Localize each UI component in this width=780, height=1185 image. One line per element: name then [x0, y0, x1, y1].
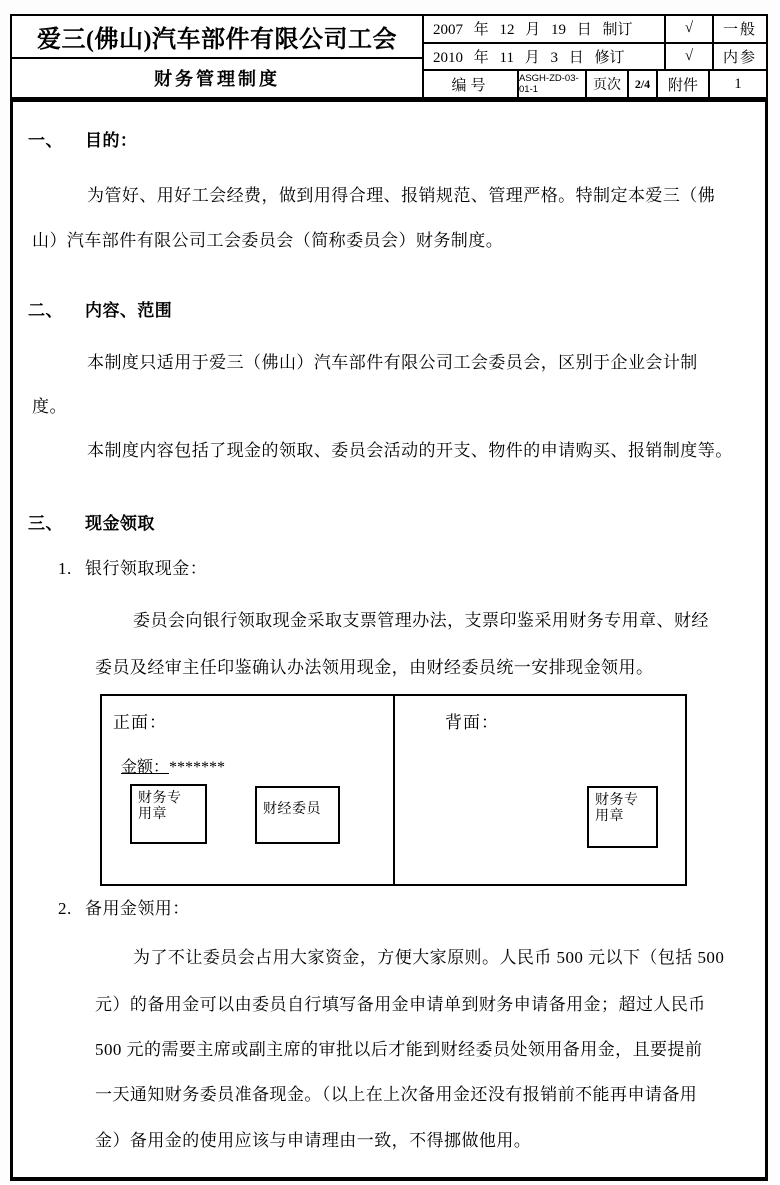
- section-1-title: 目的：: [85, 129, 137, 153]
- section-1-number: 一、: [28, 129, 63, 153]
- paragraph-line: 一天通知财务委员准备现金。（以上在上次备用金还没有报销前不能再申请备用: [95, 1083, 697, 1107]
- stamp-text: 财务专: [595, 793, 650, 809]
- section-2-title: 内容、范围: [85, 299, 172, 323]
- header-right-column: 2007 年 12 月 19 日 制订 √ 一般 2010 年 11 月 3 日…: [424, 16, 766, 97]
- paragraph-line: 度。: [32, 395, 67, 419]
- paragraph-line: 本制度只适用于爱三（佛山）汽车部件有限公司工会委员会，区别于企业会计制: [87, 351, 698, 375]
- created-date: 2007 年 12 月 19 日 制订: [424, 16, 666, 42]
- revised-date: 2010 年 11 月 3 日 修订: [424, 44, 666, 70]
- paragraph-line: 为管好、用好工会经费，做到用得合理、报销规范、管理严格。特制定本爱三（佛: [87, 184, 715, 208]
- created-checkmark: √: [666, 16, 714, 42]
- document-body: 一、 目的： 为管好、用好工会经费，做到用得合理、报销规范、管理严格。特制定本爱…: [10, 98, 768, 1181]
- paragraph-line: 山）汽车部件有限公司工会委员会（简称委员会）财务制度。: [32, 229, 503, 253]
- item-1-number: 1.: [58, 557, 72, 581]
- item-2-number: 2.: [58, 897, 72, 921]
- amount-label: 金额：: [121, 759, 169, 776]
- paragraph-line: 本制度内容包括了现金的领取、委员会活动的开支、物件的申请购买、报销制度等。: [87, 439, 733, 463]
- amount-value: *******: [169, 759, 225, 776]
- attachment-count: 1: [710, 71, 766, 97]
- company-name: 爱三(佛山)汽车部件有限公司工会: [12, 16, 422, 59]
- doc-meta-row: 编号 ASGH-ZD-03-01-1 页次 2/4 附件 1: [424, 71, 766, 97]
- section-3-number: 三、: [28, 512, 63, 536]
- back-side-label: 背面：: [445, 708, 499, 733]
- paragraph-line: 500 元的需要主席或副主席的审批以后才能到财经委员处领用备用金，且要提前: [95, 1038, 702, 1062]
- diagram-divider: [393, 696, 395, 884]
- header-left-column: 爱三(佛山)汽车部件有限公司工会 财务管理制度: [12, 16, 424, 97]
- stamp-text: 财务专: [138, 791, 199, 807]
- created-row: 2007 年 12 月 19 日 制订 √ 一般: [424, 16, 766, 44]
- section-3-title: 现金领取: [85, 512, 155, 536]
- section-2-number: 二、: [28, 299, 63, 323]
- stamp-text: 用章: [138, 807, 199, 823]
- amount-line: 金额：*******: [121, 754, 225, 777]
- cheque-diagram: 正面： 金额：******* 财务专 用章 财经委员 背面： 财务专 用章: [100, 694, 687, 886]
- item-2-title: 备用金领用：: [85, 897, 190, 921]
- paragraph-line: 元）的备用金可以由委员自行填写备用金申请单到财务申请备用金；超过人民币: [95, 993, 706, 1017]
- page-label: 页次: [587, 71, 629, 97]
- paragraph-line: 金）备用金的使用应该与申请理由一致，不得挪做他用。: [95, 1129, 531, 1153]
- stamp-text: 财经委员: [263, 802, 332, 818]
- revised-classification: 内参: [714, 44, 766, 70]
- finance-committee-stamp: 财经委员: [255, 786, 340, 844]
- doc-number-value: ASGH-ZD-03-01-1: [519, 71, 587, 97]
- finance-seal-stamp-front: 财务专 用章: [130, 784, 207, 844]
- document-title: 财务管理制度: [12, 59, 422, 97]
- attachment-label: 附件: [658, 71, 710, 97]
- doc-number-label: 编号: [424, 71, 519, 97]
- stamp-text: 用章: [595, 809, 650, 825]
- item-1-title: 银行领取现金：: [85, 557, 207, 581]
- front-side-label: 正面：: [113, 708, 167, 733]
- revised-row: 2010 年 11 月 3 日 修订 √ 内参: [424, 44, 766, 72]
- finance-seal-stamp-back: 财务专 用章: [587, 786, 658, 848]
- paragraph-line: 为了不让委员会占用大家资金，方便大家原则。人民币 500 元以下（包括 500: [133, 946, 724, 970]
- header-table: 爱三(佛山)汽车部件有限公司工会 财务管理制度 2007 年 12 月 19 日…: [10, 14, 768, 99]
- paragraph-line: 委员及经审主任印鉴确认办法领用现金，由财经委员统一安排现金领用。: [95, 656, 653, 680]
- created-classification: 一般: [714, 16, 766, 42]
- paragraph-line: 委员会向银行领取现金采取支票管理办法，支票印鉴采用财务专用章、财经: [133, 609, 709, 633]
- page-number: 2/4: [629, 71, 658, 97]
- revised-checkmark: √: [666, 44, 714, 70]
